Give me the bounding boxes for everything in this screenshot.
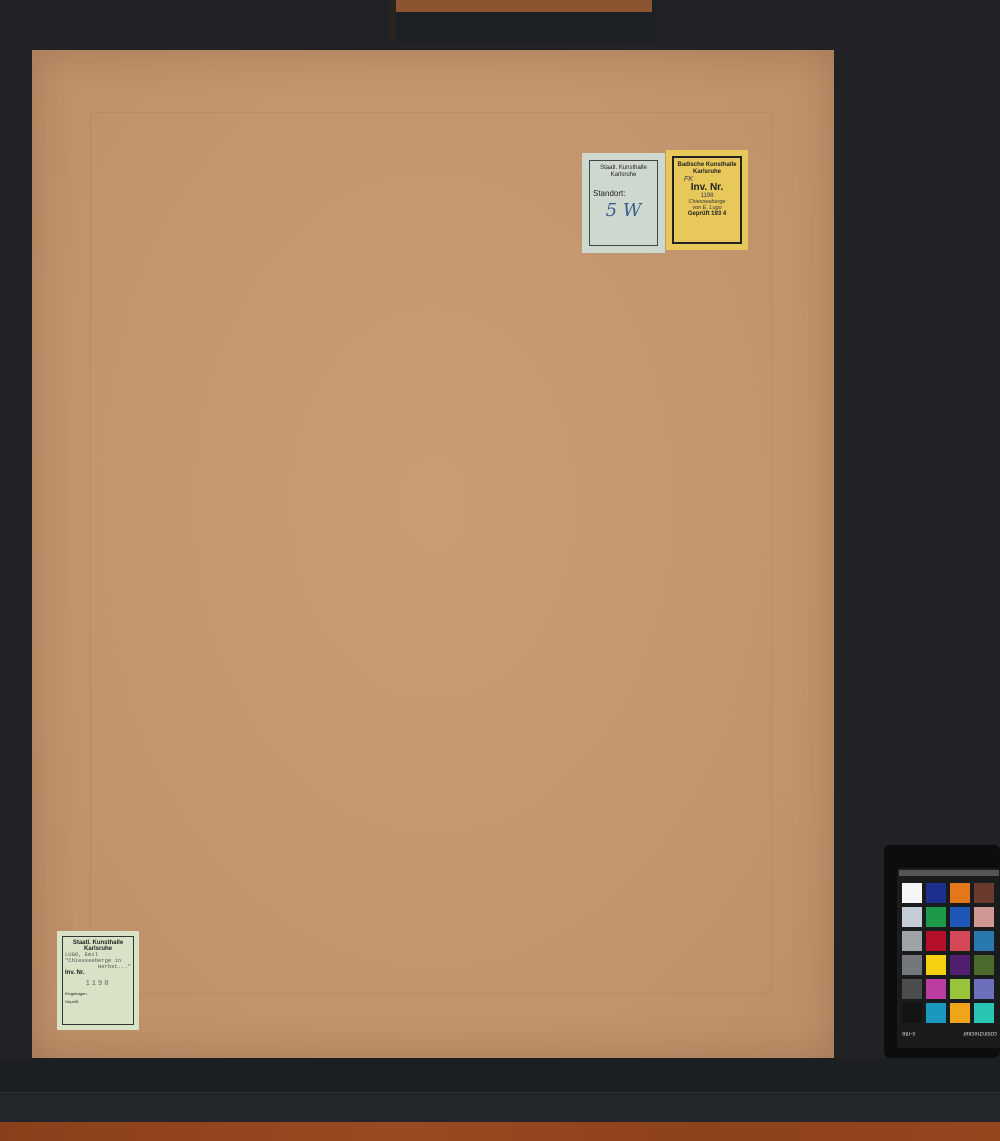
lugo-small-1: Eingetragen (65, 991, 131, 996)
color-patch (974, 931, 994, 951)
color-patch (974, 955, 994, 975)
color-patch (950, 907, 970, 927)
color-patch (902, 907, 922, 927)
color-patch (926, 979, 946, 999)
color-patch (950, 931, 970, 951)
lugo-label: Staatl. Kunsthalle Karlsruhe LUGO, Emil … (57, 931, 139, 1030)
color-checker-grid (902, 883, 994, 1023)
standort-label: Staatl. Kunsthalle Karlsruhe Standort: 5… (582, 153, 665, 253)
color-patch (950, 955, 970, 975)
checker-product: colorchecker (963, 1030, 997, 1036)
color-patch (926, 931, 946, 951)
standort-institution-2: Karlsruhe (593, 172, 654, 179)
inventory-field: Inv. Nr. (676, 183, 738, 193)
inventory-institution-2: Karlsruhe (676, 169, 738, 176)
color-patch (974, 907, 994, 927)
lugo-number: 1198 (65, 980, 131, 988)
checker-brand-name: x-rite (902, 1030, 915, 1036)
standort-field: Standort: (593, 189, 654, 198)
color-checker-ruler (899, 870, 999, 876)
color-patch (974, 883, 994, 903)
top-frame-wood (396, 0, 652, 12)
color-patch (902, 883, 922, 903)
lugo-field: Inv. Nr. (65, 970, 131, 976)
shelf-base (0, 1092, 1000, 1123)
color-patch (926, 1003, 946, 1023)
shelf-ledge (0, 1058, 1000, 1092)
color-patch (950, 979, 970, 999)
wooden-surface (0, 1122, 1000, 1141)
color-patch (902, 979, 922, 999)
color-patch (926, 907, 946, 927)
color-patch (926, 883, 946, 903)
color-patch (974, 1003, 994, 1023)
color-patch (950, 883, 970, 903)
color-patch (926, 955, 946, 975)
inventory-institution-1: Badische Kunsthalle (676, 162, 738, 169)
color-checker-brand: colorchecker x-rite (902, 1030, 997, 1036)
lugo-small-2: Geprüft (65, 999, 131, 1004)
color-patch (974, 979, 994, 999)
standort-institution-1: Staatl. Kunsthalle (593, 165, 654, 172)
color-patch (902, 1003, 922, 1023)
inventory-checked: Geprüft 193 4 (676, 211, 738, 217)
standort-value: 5 W (593, 200, 654, 221)
inventory-label: Badische Kunsthalle Karlsruhe FK Inv. Nr… (666, 150, 748, 250)
color-patch (902, 931, 922, 951)
color-patch (902, 955, 922, 975)
color-patch (950, 1003, 970, 1023)
